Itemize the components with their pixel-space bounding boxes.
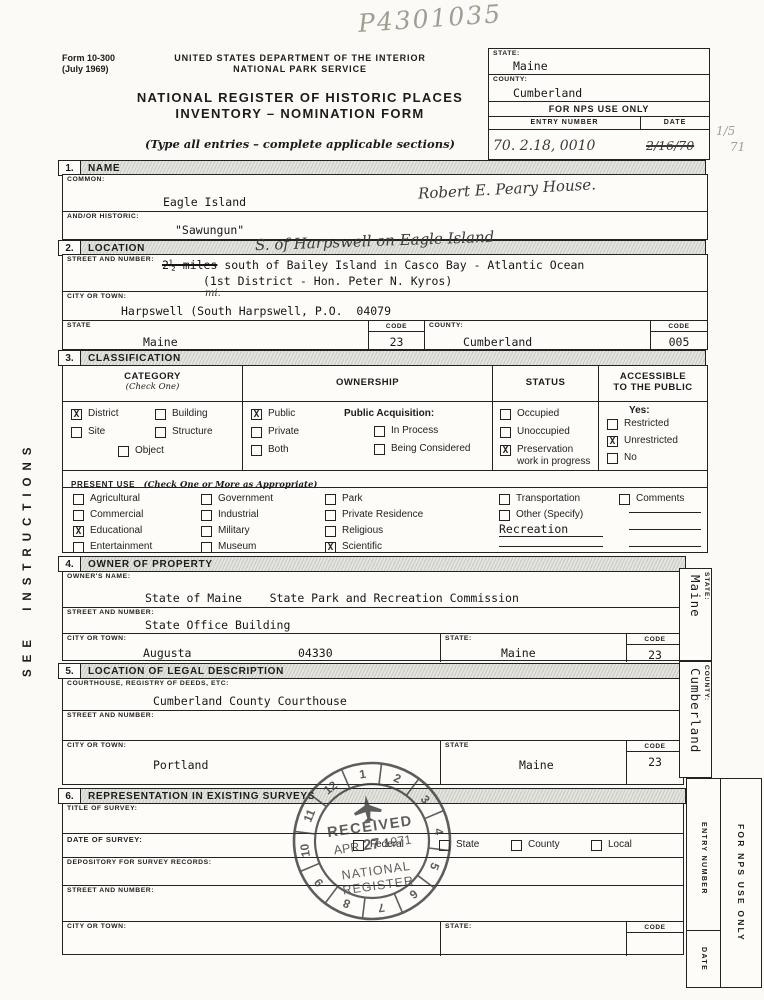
category-header: CATEGORY — [63, 371, 242, 382]
checkbox-military[interactable] — [201, 526, 212, 537]
depository-label: DEPOSITORY FOR SURVEY RECORDS: — [67, 859, 212, 866]
checkbox-in-process-label: In Process — [391, 425, 438, 437]
checkbox-private-label: Private — [268, 426, 299, 438]
county-code-label: CODE — [651, 321, 707, 332]
pencil-annotation-top: P4301035 — [357, 0, 503, 38]
checkbox-park-label: Park — [342, 493, 363, 505]
owner-name-value[interactable]: State of Maine State Park and Recreation… — [145, 591, 519, 605]
city-town-label: CITY OR TOWN: — [67, 293, 126, 300]
dept-line2: NATIONAL PARK SERVICE — [130, 64, 470, 75]
stamp-dial-8: 8 — [341, 896, 353, 912]
county-value[interactable]: Cumberland — [513, 86, 582, 100]
survey-title-label: TITLE OF SURVEY: — [67, 805, 137, 812]
sidebar-nps-only-label: FOR NPS USE ONLY — [721, 779, 761, 987]
checkbox-being-considered-label: Being Considered — [391, 443, 471, 455]
street-number-line2[interactable]: (1st District - Hon. Peter N. Kyros) — [203, 274, 452, 288]
checkbox-other[interactable] — [499, 510, 510, 521]
classification-table: CATEGORY (Check One) OWNERSHIP STATUS AC… — [62, 365, 708, 553]
checkbox-county[interactable] — [511, 840, 522, 851]
sidebar-state-label: STATE: — [703, 569, 711, 660]
checkbox-structure-label: Structure — [172, 426, 213, 438]
checkbox-local[interactable] — [591, 840, 602, 851]
checkbox-building[interactable] — [155, 409, 166, 420]
owner-city-label: CITY OR TOWN: — [67, 635, 126, 642]
section-4-title: OWNER OF PROPERTY — [81, 557, 213, 571]
checkbox-museum-label: Museum — [218, 541, 256, 553]
stamp-dial-10: 10 — [297, 842, 313, 857]
checkbox-commercial-label: Commercial — [90, 509, 143, 521]
access-yes-label: Yes: — [629, 405, 650, 416]
stamp-dial-11: 11 — [300, 807, 318, 824]
checkbox-building-label: Building — [172, 408, 208, 420]
owner-name-label: OWNER'S NAME: — [67, 573, 131, 580]
checkbox-private-residence[interactable] — [325, 510, 336, 521]
checkbox-commercial[interactable] — [73, 510, 84, 521]
owner-street-label: STREET AND NUMBER: — [67, 609, 154, 616]
owner-code-label: CODE — [627, 634, 683, 645]
sidebar-state-value: Maine — [688, 569, 703, 660]
stamp-year: 1971 — [383, 833, 413, 851]
stamp-day: 27 — [362, 835, 381, 854]
checkbox-local-label: Local — [608, 839, 632, 851]
checkbox-other-label: Other (Specify) — [516, 509, 583, 521]
sidebar-entry-number-label: ENTRY NUMBER — [687, 779, 720, 931]
state-value[interactable]: Maine — [513, 59, 548, 73]
county-label: COUNTY: — [493, 76, 527, 83]
checkbox-both-label: Both — [268, 444, 289, 456]
checkbox-occupied-label: Occupied — [517, 408, 559, 420]
section-2-fields: STREET AND NUMBER: 2½ miles south of Bai… — [62, 254, 708, 350]
checkbox-comments[interactable] — [619, 494, 630, 505]
date-value-struck[interactable]: 2/16/70 — [646, 138, 694, 153]
stamp-dial-3: 3 — [418, 792, 433, 806]
checkbox-no-label: No — [624, 452, 637, 464]
nps-use-only-label: FOR NPS USE ONLY — [489, 102, 709, 117]
type-instructions: (Type all entries – complete applicable … — [90, 137, 510, 151]
handwritten-name-note: Robert E. Peary House. — [418, 175, 597, 202]
checkbox-preservation-label: Preservation work in progress — [517, 444, 594, 468]
legal-code-label: CODE — [627, 741, 683, 752]
checkbox-preservation[interactable]: X — [500, 445, 511, 456]
checkbox-transportation[interactable] — [499, 494, 510, 505]
street-number-label: STREET AND NUMBER: — [67, 256, 154, 263]
blank-line — [629, 512, 701, 513]
checkbox-agricultural-label: Agricultural — [90, 493, 140, 505]
courthouse-label: COURTHOUSE, REGISTRY OF DEEDS, ETC: — [67, 680, 229, 687]
sidebar-nps-box: ENTRY NUMBER DATE FOR NPS USE ONLY — [686, 778, 762, 988]
checkbox-unrestricted[interactable]: X — [607, 436, 618, 447]
section-5-number: 5. — [59, 664, 81, 678]
blank-line — [629, 546, 701, 547]
section-1-title: NAME — [81, 161, 120, 175]
owner-state-value[interactable]: Maine — [501, 646, 536, 660]
sidebar-county-box: COUNTY: Cumberland — [679, 661, 712, 778]
checkbox-government[interactable] — [201, 494, 212, 505]
street-number-value[interactable]: 2½ miles south of Bailey Island in Casco… — [162, 258, 584, 272]
checkbox-entertainment[interactable] — [73, 542, 84, 553]
historic-name-label: AND/OR HISTORIC: — [67, 213, 139, 220]
checkbox-restricted[interactable] — [607, 419, 618, 430]
checkbox-private-residence-label: Private Residence — [342, 509, 423, 521]
checkbox-museum[interactable] — [201, 542, 212, 553]
checkbox-industrial-label: Industrial — [218, 509, 259, 521]
stamp-dial-2: 2 — [392, 771, 404, 787]
title-line1: NATIONAL REGISTER OF HISTORIC PLACES — [90, 90, 510, 106]
checkbox-entertainment-label: Entertainment — [90, 541, 152, 553]
section-5-title: LOCATION OF LEGAL DESCRIPTION — [81, 664, 284, 678]
checkbox-county-label: County — [528, 839, 560, 851]
owner-code-value[interactable]: 23 — [627, 645, 683, 662]
access-header-line2: TO THE PUBLIC — [599, 382, 707, 393]
section-5-bar: 5. LOCATION OF LEGAL DESCRIPTION — [58, 663, 686, 679]
owner-street-value[interactable]: State Office Building — [145, 618, 290, 632]
checkbox-both[interactable] — [251, 445, 262, 456]
checkbox-occupied[interactable] — [500, 409, 511, 420]
checkbox-being-considered[interactable] — [374, 444, 385, 455]
street-rest-text: south of Bailey Island in Casco Bay - At… — [217, 258, 584, 272]
county-code-value[interactable]: 005 — [651, 332, 707, 349]
section-3-number: 3. — [59, 351, 81, 365]
stamp-dial-7: 7 — [377, 900, 386, 915]
stamp-dial-4: 4 — [431, 827, 446, 836]
title-line2: INVENTORY – NOMINATION FORM — [90, 106, 510, 122]
checkbox-industrial[interactable] — [201, 510, 212, 521]
survey-code-label: CODE — [627, 922, 683, 933]
pencil-date-note2: 71 — [730, 140, 745, 154]
checkbox-structure[interactable] — [155, 427, 166, 438]
checkbox-agricultural[interactable] — [73, 494, 84, 505]
legal-city-label: CITY OR TOWN: — [67, 742, 126, 749]
owner-state-label: STATE: — [445, 635, 472, 642]
pencil-date-note1: 1/5 — [716, 124, 735, 138]
section-4-fields: OWNER'S NAME: State of Maine State Park … — [62, 571, 684, 661]
entry-number-header: ENTRY NUMBER — [489, 117, 641, 129]
state-county-box: STATE: Maine COUNTY: Cumberland FOR NPS … — [488, 48, 710, 160]
stamp-dial-1: 1 — [358, 767, 367, 782]
stamp-dial-5: 5 — [427, 861, 443, 873]
sidebar-date-label: DATE — [687, 931, 720, 987]
state-label: STATE: — [493, 50, 520, 57]
handwritten-city-insert: mi. — [205, 288, 221, 299]
sidebar-county-value: Cumberland — [688, 662, 703, 777]
section-2-number: 2. — [59, 241, 81, 255]
survey-street-label: STREET AND NUMBER: — [67, 887, 154, 894]
checkbox-transportation-label: Transportation — [516, 493, 580, 505]
checkbox-military-label: Military — [218, 525, 250, 537]
legal-street-label: STREET AND NUMBER: — [67, 712, 154, 719]
checkbox-private[interactable] — [251, 427, 262, 438]
received-stamp: 1 2 3 4 5 6 7 8 9 10 11 12 RECEIVED APR2… — [277, 746, 467, 936]
survey-city-label: CITY OR TOWN: — [67, 923, 126, 930]
checkbox-unrestricted-label: Unrestricted — [624, 435, 678, 447]
checkbox-object[interactable] — [118, 446, 129, 457]
checkbox-religious[interactable] — [325, 526, 336, 537]
public-acquisition-label: Public Acquisition: — [344, 408, 434, 419]
section-3-title: CLASSIFICATION — [81, 351, 181, 365]
section-1-number: 1. — [59, 161, 81, 175]
checkbox-unoccupied-label: Unoccupied — [517, 426, 570, 438]
survey-date-label: DATE OF SURVEY: — [67, 835, 142, 844]
checkbox-scientific-label: Scientific — [342, 541, 382, 553]
legal-code-value[interactable]: 23 — [627, 752, 683, 769]
entry-number-value[interactable]: 70. 2.18, 0010 — [493, 138, 595, 154]
checkbox-unoccupied[interactable] — [500, 427, 511, 438]
stamp-svg: 1 2 3 4 5 6 7 8 9 10 11 12 RECEIVED APR2… — [277, 746, 467, 936]
form-title: NATIONAL REGISTER OF HISTORIC PLACES INV… — [90, 90, 510, 122]
checkbox-site-label: Site — [88, 426, 105, 438]
legal-city-value[interactable]: Portland — [153, 758, 208, 772]
section-4-number: 4. — [59, 557, 81, 571]
checkbox-object-label: Object — [135, 445, 164, 457]
dept-line1: UNITED STATES DEPARTMENT OF THE INTERIOR — [130, 53, 470, 64]
county-value-s2[interactable]: Cumberland — [463, 335, 532, 349]
sidebar-county-label: COUNTY: — [703, 662, 711, 777]
historic-name-value[interactable]: "Sawungun" — [175, 223, 244, 237]
checkbox-educational-label: Educational — [90, 525, 142, 537]
ownership-header: OWNERSHIP — [243, 377, 492, 388]
section-1-fields: COMMON: Eagle Island Robert E. Peary Hou… — [62, 174, 708, 240]
stamp-dial-9: 9 — [311, 875, 326, 889]
section-6-number: 6. — [59, 789, 81, 803]
department-header: UNITED STATES DEPARTMENT OF THE INTERIOR… — [130, 53, 470, 75]
checkbox-district-label: District — [88, 408, 119, 420]
owner-city-value[interactable]: Augusta — [143, 646, 191, 660]
section-2-title: LOCATION — [81, 241, 145, 255]
checkbox-public[interactable]: X — [251, 409, 262, 420]
date-header: DATE — [641, 117, 709, 129]
checkbox-no[interactable] — [607, 453, 618, 464]
checkbox-government-label: Government — [218, 493, 273, 505]
blank-line — [499, 546, 603, 547]
checkbox-site[interactable] — [71, 427, 82, 438]
form-number: Form 10-300 (July 1969) — [62, 53, 115, 75]
access-header-line1: ACCESSIBLE — [599, 371, 707, 382]
county-label-s2: COUNTY: — [429, 322, 463, 329]
state-code-label: CODE — [369, 321, 424, 332]
common-name-label: COMMON: — [67, 176, 105, 183]
state-label-s2: STATE — [67, 322, 91, 329]
common-name-value[interactable]: Eagle Island — [163, 195, 246, 209]
checkbox-comments-label: Comments — [636, 493, 684, 505]
form-number-line2: (July 1969) — [62, 64, 115, 75]
street-struck-text: 2½ miles — [162, 258, 217, 272]
stamp-month: APR — [333, 840, 360, 857]
checkbox-district[interactable]: X — [71, 409, 82, 420]
owner-zip-value[interactable]: 04330 — [298, 646, 333, 660]
legal-state-value[interactable]: Maine — [519, 758, 554, 772]
state-value-s2[interactable]: Maine — [143, 335, 178, 349]
city-town-value[interactable]: Harpswell (South Harpswell, P.O. 04079 — [121, 304, 391, 318]
checkbox-park[interactable] — [325, 494, 336, 505]
checkbox-restricted-label: Restricted — [624, 418, 669, 430]
checkbox-scientific[interactable]: X — [325, 542, 336, 553]
category-note: (Check One) — [63, 382, 242, 392]
other-specify-value[interactable]: Recreation — [499, 522, 603, 537]
section-4-bar: 4. OWNER OF PROPERTY — [58, 556, 686, 572]
blank-line — [629, 529, 701, 530]
checkbox-religious-label: Religious — [342, 525, 383, 537]
form-number-line1: Form 10-300 — [62, 53, 115, 64]
checkbox-in-process[interactable] — [374, 426, 385, 437]
status-header: STATUS — [493, 377, 598, 388]
stamp-dial-6: 6 — [406, 887, 420, 902]
sidebar-state-box: STATE: Maine — [679, 568, 712, 661]
checkbox-public-label: Public — [268, 408, 295, 420]
see-instructions-label: SEE INSTRUCTIONS — [22, 362, 34, 677]
section-3-bar: 3. CLASSIFICATION — [58, 350, 706, 366]
courthouse-value[interactable]: Cumberland County Courthouse — [153, 694, 347, 708]
checkbox-educational[interactable]: X — [73, 526, 84, 537]
state-code-value[interactable]: 23 — [369, 332, 424, 349]
